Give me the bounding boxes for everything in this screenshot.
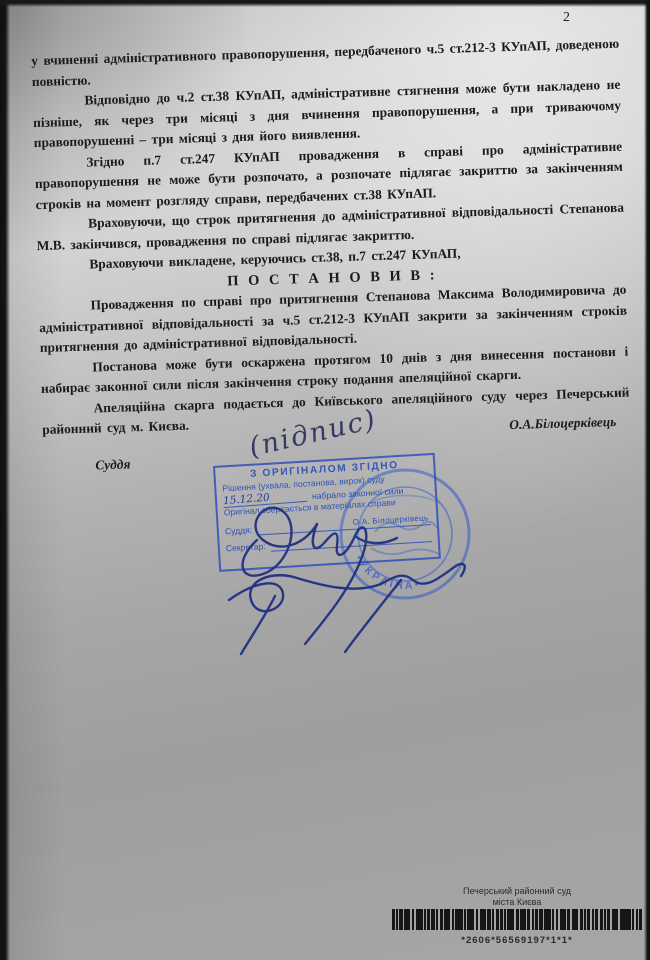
scanned-court-document: 2 у вчиненні адміністративного правопору… [0,0,650,960]
signature-line [270,531,432,552]
stamp-judge-label: Суддя: [225,525,253,538]
barcode-bars [392,909,642,930]
photo-edge-right [644,0,650,960]
certification-stamp-area: • У К Р А Ї Н А • З ОРИГІНАЛОМ ЗГІДНО Рі… [205,448,545,663]
barcode-court-city: міста Києва [388,897,646,908]
photo-edge-top [0,0,650,7]
stamp-judge-name: О.А. Білоцерківець [352,512,428,527]
barcode-value: *2606*56569197*1*1* [457,935,576,946]
photo-edge-left [0,0,10,960]
page-number: 2 [563,10,570,26]
barcode-court-name: Печерський районний суд [388,886,646,897]
court-barcode-sticker: Печерський районний суд міста Києва *260… [388,886,646,948]
court-certification-stamp: З ОРИГІНАЛОМ ЗГІДНО Рішення (ухвала, пос… [213,453,441,572]
stamp-secretary-label: Секретар: [226,541,266,554]
document-body: у вчиненні адміністративного правопоруше… [31,34,631,477]
judge-name: О.А.Білоцерківець [509,411,617,435]
judge-label: Суддя [95,454,131,476]
